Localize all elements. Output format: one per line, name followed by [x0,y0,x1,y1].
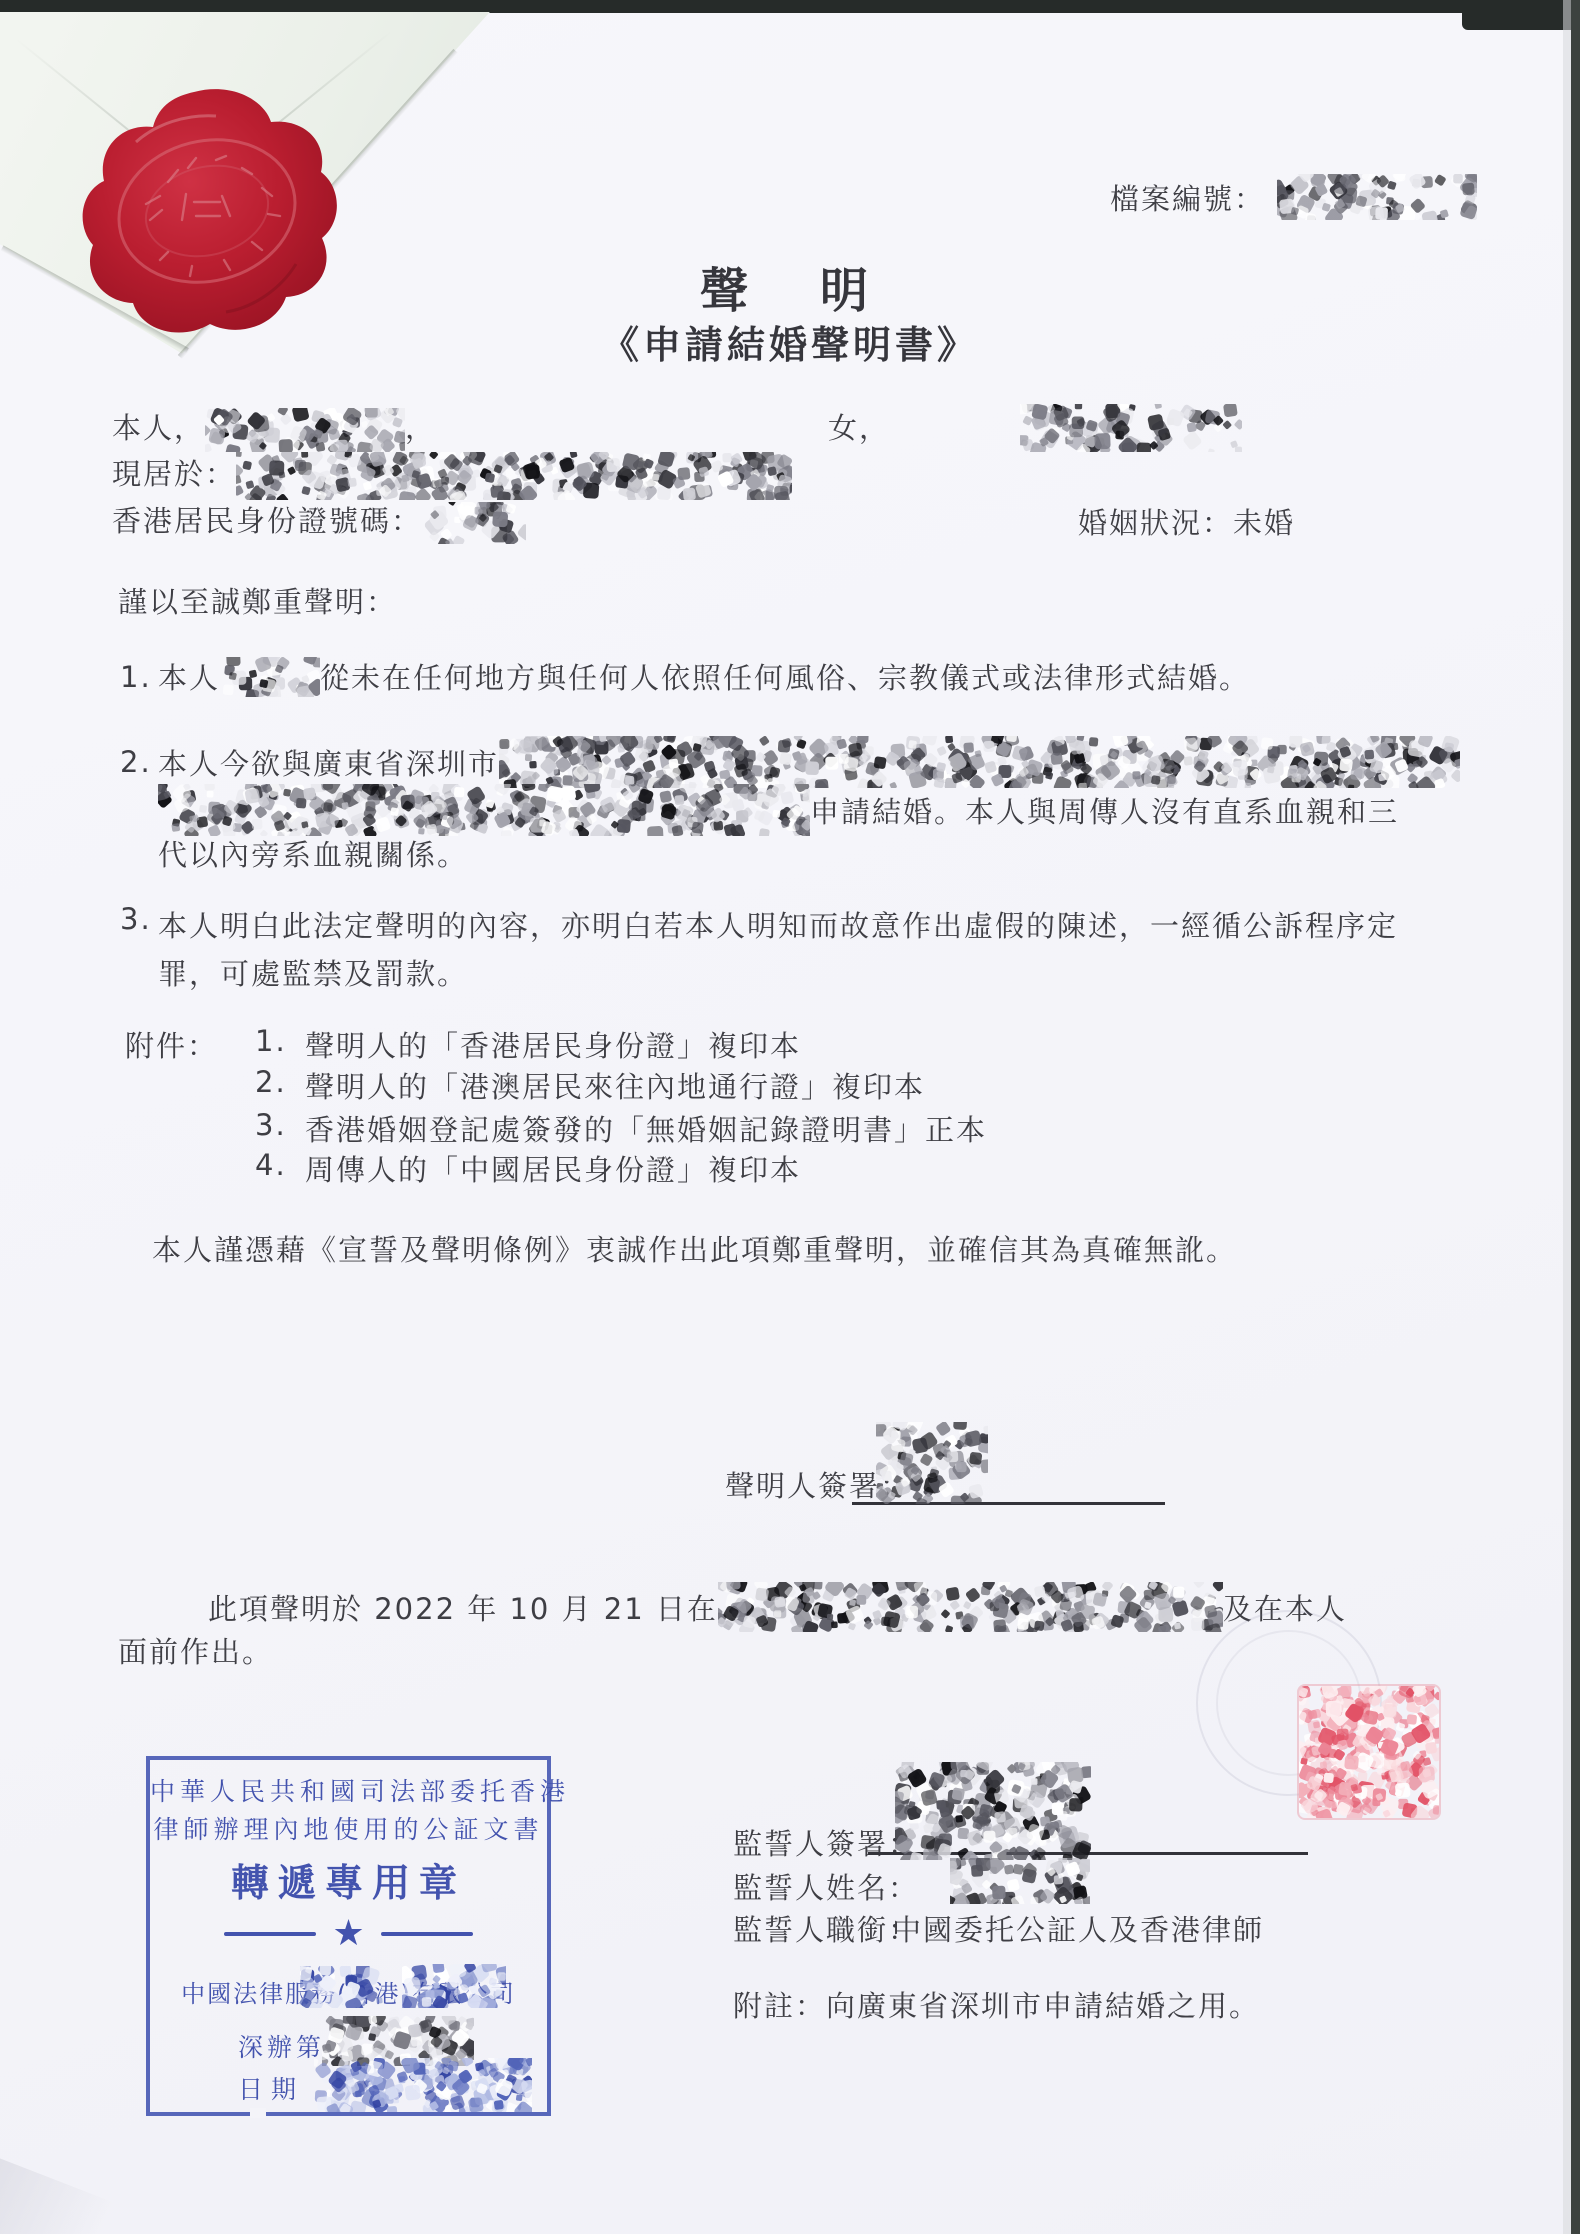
declaration-heading: 謹以至誠鄭重聲明： [118,580,397,621]
attachment2-number: 2. [255,1065,305,1099]
item1-name-redaction [220,657,320,697]
birthdate-redaction [1020,404,1242,452]
document-subtitle: 《申請結婚聲明書》 [0,314,1580,369]
marital-status-text: 婚姻狀況：未婚 [1078,501,1295,542]
venue-redaction [718,1582,1223,1632]
declaration-item-2-line3: 代以內旁系血親關係。 [158,833,468,874]
declarant-signature-redaction [876,1422,988,1504]
item1-number: 1. [120,660,158,694]
item2-redaction-line2 [158,784,810,836]
attachment-item: 2. 聲明人的「港澳居民來往內地通行證」複印本 [255,1065,925,1106]
note-line: 附註：向廣東省深圳市申請結婚之用。 [733,1984,1260,2025]
hkid-redaction [422,502,526,544]
blue-stamp-line1: 中華人民共和國司法部委托香港 [150,1772,547,1808]
witness-signature-label: 監誓人簽署： [733,1822,919,1863]
witness-name-redaction [950,1858,1090,1904]
item2-pre: 本人今欲與廣東省深圳市 [158,742,499,783]
declaration-item-1: 1. 本人 從未在任何地方與任何人依照任何風俗、宗教儀式或法律形式結婚。 [120,656,1250,697]
witness-name-label: 監誓人姓名： [733,1866,919,1907]
intro-line-3: 香港居民身份證號碼： 婚姻狀況：未婚 [112,499,1472,545]
file-number-row: 檔案編號： [1110,174,1477,220]
company-redaction-2 [402,1964,506,2008]
attachment1-number: 1. [255,1024,305,1058]
attachment2-text: 聲明人的「港澳居民來往內地通行證」複印本 [305,1065,925,1106]
item1-pre: 本人 [158,656,220,697]
file-number-label: 檔案編號： [1110,177,1265,218]
star-icon: ★ [332,1916,364,1952]
attachment3-number: 3. [255,1108,305,1142]
witness-title-value: 中國委托公証人及香港律師 [892,1908,1264,1949]
blue-stamp-date-label: 日期 [238,2070,304,2106]
address-redaction [236,452,792,500]
date-statement-line2: 面前作出。 [118,1630,273,1671]
star-bar-left [224,1932,316,1936]
attachment4-number: 4. [255,1148,305,1182]
red-notary-stamp-redaction [1297,1684,1441,1820]
attachment3-text: 香港婚姻登記處簽發的「無婚姻記錄證明書」正本 [305,1108,987,1149]
file-number-redaction [1277,174,1477,220]
attachments-label: 附件： [125,1024,218,1065]
address-label: 現居於： [112,457,236,491]
item2-number: 2. [120,745,158,779]
document-title: 聲 明 [0,252,1580,321]
date-statement-line1: 此項聲明於 2022 年 10 月 21 日在 及在本人 [208,1582,1347,1632]
item2-line2-post: 申請結婚。本人與周傳人沒有直系血親和三 [810,790,1399,831]
item3-text: 本人明白此法定聲明的內容，亦明白若本人明知而故意作出虛假的陳述，一經循公訴程序定… [158,902,1458,998]
hkid-label: 香港居民身份證號碼： [112,504,422,538]
item3-number: 3. [120,902,152,936]
blue-stamp-title: 轉遞專用章 [150,1852,547,1907]
declaration-item-2-line1: 2. 本人今欲與廣東省深圳市 [120,736,1460,788]
blue-stamp-line2: 律師辦理內地使用的公証文書 [150,1810,547,1846]
star-bar-right [381,1932,473,1936]
intro-line1-comma: ， [405,411,436,445]
attachment-item: 1. 聲明人的「香港居民身份證」複印本 [255,1024,801,1065]
witness-signature-redaction [895,1762,1091,1860]
name-redaction [205,408,405,452]
attachment-item: 3. 香港婚姻登記處簽發的「無婚姻記錄證明書」正本 [255,1108,987,1149]
intro-line-2: 現居於： [112,452,792,500]
item2-redaction-line1 [499,736,1460,788]
oath-line: 本人謹憑藉《宣誓及聲明條例》衷誠作出此項鄭重聲明，並確信其為真確無訛。 [152,1228,1237,1269]
blue-stamp-ref-label: 深辦第 [238,2028,325,2064]
declaration-item-2-line2: 申請結婚。本人與周傳人沒有直系血親和三 [158,784,1399,836]
blue-transfer-stamp: 中華人民共和國司法部委托香港 律師辦理內地使用的公証文書 轉遞專用章 ★ 中國法… [146,1756,551,2116]
blue-stamp-star-row: ★ [150,1916,547,1952]
scanned-declaration-document: 檔案編號： 聲 明 《申請結婚聲明書》 本人，， 女， 現居於： 香港居民身份證… [0,0,1580,2234]
declaration-item-3: 3. 本人明白此法定聲明的內容，亦明白若本人明知而故意作出虛假的陳述，一經循公訴… [120,902,1470,998]
gender-text: 女， [828,406,890,447]
item1-post: 從未在任何地方與任何人依照任何風俗、宗教儀式或法律形式結婚。 [320,656,1250,697]
scan-shadow-bottom-left [0,2150,195,2234]
intro-line-1: 本人，， 女， [112,406,1472,452]
attachment-item: 4. 周傳人的「中國居民身份證」複印本 [255,1148,801,1189]
intro-line1-prefix: 本人， [112,411,205,445]
attachment4-text: 周傳人的「中國居民身份證」複印本 [305,1148,801,1189]
company-redaction-1 [300,1966,384,2008]
date-pre: 此項聲明於 2022 年 10 月 21 日在 [208,1587,718,1628]
stamp-border-gap [250,2108,266,2118]
attachment1-text: 聲明人的「香港居民身份證」複印本 [305,1024,801,1065]
stamp-date-redaction [314,2058,532,2112]
